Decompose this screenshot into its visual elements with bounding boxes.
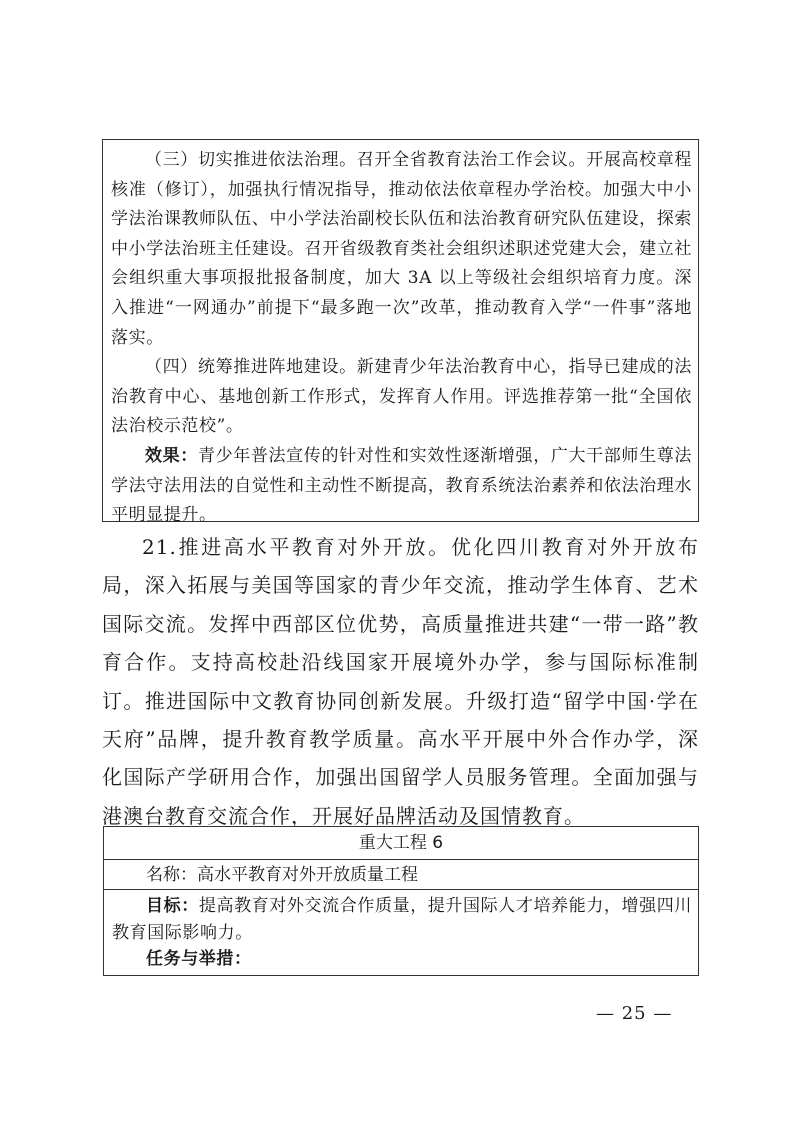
paragraph-4-heading: （四）统筹推进阵地建设。 <box>145 357 357 377</box>
project-tasks-label: 任务与举措： <box>112 946 692 973</box>
project-goal-label: 目标： <box>146 896 199 916</box>
project-name-label: 名称： <box>146 865 197 885</box>
major-project-table: 重大工程 6 名称：高水平教育对外开放质量工程 目标：提高教育对外交流合作质量，… <box>103 826 699 976</box>
main-body: 21.推进高水平教育对外开放。优化四川教育对外开放布局，深入拓展与美国等国家的青… <box>102 528 699 835</box>
project-title: 重大工程 6 <box>104 827 698 860</box>
paragraph-3-text: 召开全省教育法治工作会议。开展高校章程核准（修订），加强执行情况指导，推动依法依… <box>111 150 692 348</box>
paragraph-3: （三）切实推进依法治理。召开全省教育法治工作会议。开展高校章程核准（修订），加强… <box>111 146 692 353</box>
effect-paragraph: 效果：青少年普法宣传的针对性和实效性逐渐增强，广大干部师生尊法学法守法用法的自觉… <box>111 442 692 531</box>
effect-text: 青少年普法宣传的针对性和实效性逐渐增强，广大干部师生尊法学法守法用法的自觉性和主… <box>111 446 692 525</box>
project-name-value: 高水平教育对外开放质量工程 <box>197 865 418 885</box>
legal-governance-box: （三）切实推进依法治理。召开全省教育法治工作会议。开展高校章程核准（修订），加强… <box>102 139 699 522</box>
paragraph-3-heading: （三）切实推进依法治理。 <box>145 150 357 170</box>
project-goal-text: 提高教育对外交流合作质量，提升国际人才培养能力，增强四川教育国际影响力。 <box>112 896 692 943</box>
paragraph-4: （四）统筹推进阵地建设。新建青少年法治教育中心，指导已建成的法治教育中心、基地创… <box>111 353 692 442</box>
page-number: — 25 — <box>596 1003 672 1024</box>
effect-label: 效果： <box>145 446 198 466</box>
paragraph-21: 21.推进高水平教育对外开放。优化四川教育对外开放布局，深入拓展与美国等国家的青… <box>102 528 699 835</box>
project-goal: 目标：提高教育对外交流合作质量，提升国际人才培养能力，增强四川教育国际影响力。 <box>112 893 692 946</box>
project-name-row: 名称：高水平教育对外开放质量工程 <box>104 860 698 890</box>
project-detail-row: 目标：提高教育对外交流合作质量，提升国际人才培养能力，增强四川教育国际影响力。 … <box>104 890 698 975</box>
